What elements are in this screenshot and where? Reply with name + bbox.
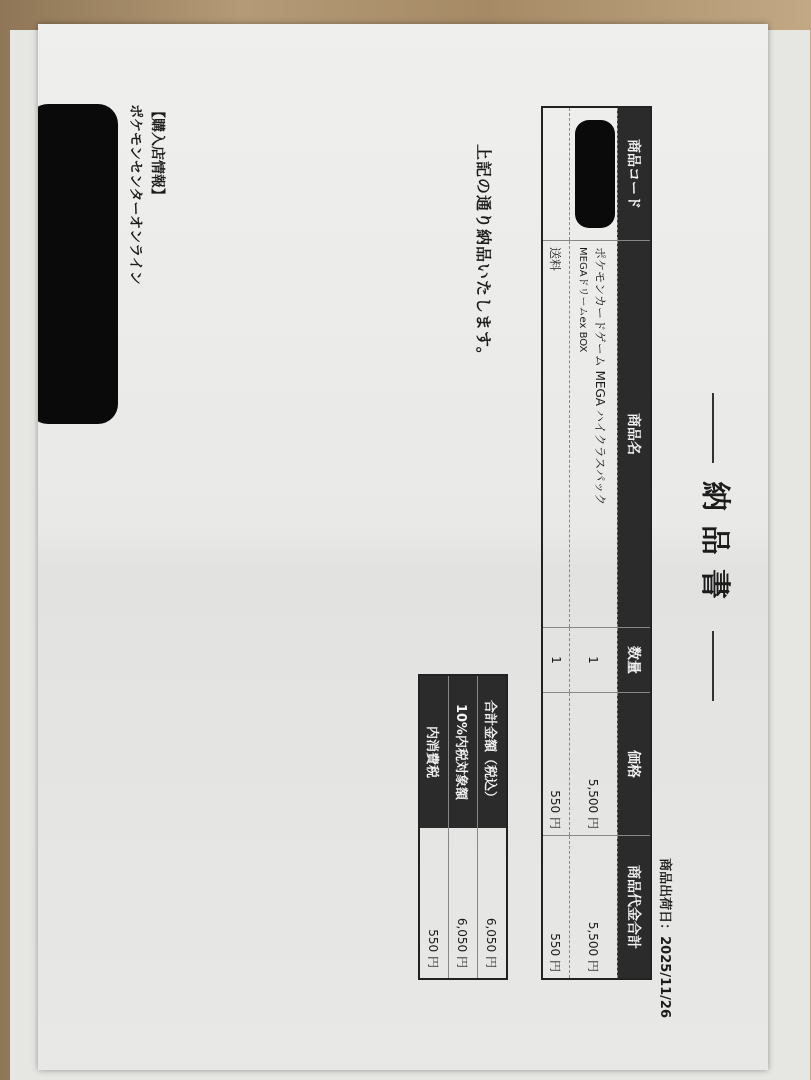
title-rule-right xyxy=(713,631,715,701)
quantity: 1 xyxy=(570,628,618,693)
title-text: 納品書 xyxy=(697,481,732,613)
totals-table: 合計金額（税込） 6,050 円 10%内税対象額 6,050 円 内消費税 5… xyxy=(418,674,508,980)
quantity: 1 xyxy=(542,628,570,693)
product-code xyxy=(542,107,570,241)
taxable-label: 10%内税対象額 xyxy=(449,675,478,828)
ship-date: 商品出荷日：2025/11/26 xyxy=(657,858,676,1018)
price: 550 円 xyxy=(542,693,570,836)
header-product-code: 商品コード xyxy=(618,107,652,241)
header-subtotal: 商品代金合計 xyxy=(618,836,652,980)
header-product-name: 商品名 xyxy=(618,241,652,628)
product-code-redacted xyxy=(570,107,618,241)
shop-name: ポケモンセンターオンライン xyxy=(124,104,146,424)
delivery-statement: 上記の通り納品いたします。 xyxy=(473,144,496,364)
table-row: 送料 1 550 円 550 円 xyxy=(542,107,570,979)
product-name: 送料 xyxy=(542,241,570,628)
product-name-line2: MEGAドリームex BOX xyxy=(578,247,593,621)
redaction-mark xyxy=(575,120,615,228)
document-title: 納品書 xyxy=(696,24,740,1070)
subtotal: 550 円 xyxy=(542,836,570,980)
items-header-row: 商品コード 商品名 数量 価格 商品代金合計 xyxy=(618,107,652,979)
shop-info-label: 【購入店情報】 xyxy=(146,104,168,424)
totals-row: 内消費税 550 円 xyxy=(419,675,449,979)
ship-date-label: 商品出荷日： xyxy=(657,858,672,936)
taxable-value: 6,050 円 xyxy=(449,828,478,979)
product-name: ポケモンカードゲーム MEGA ハイクラスパック MEGAドリームex BOX xyxy=(570,241,618,628)
product-name-line1: ポケモンカードゲーム MEGA ハイクラスパック xyxy=(594,247,608,505)
header-price: 価格 xyxy=(618,693,652,836)
delivery-note: 納品書 商品出荷日：2025/11/26 商品コード 商品名 数量 価格 商品代… xyxy=(38,24,768,1070)
total-label: 合計金額（税込） xyxy=(478,675,508,828)
totals-row: 10%内税対象額 6,050 円 xyxy=(449,675,478,979)
subtotal: 5,500 円 xyxy=(570,836,618,980)
ship-date-value: 2025/11/26 xyxy=(657,936,672,1018)
redaction-mark xyxy=(38,104,118,424)
totals-row: 合計金額（税込） 6,050 円 xyxy=(478,675,508,979)
total-value: 6,050 円 xyxy=(478,828,508,979)
items-table: 商品コード 商品名 数量 価格 商品代金合計 ポケモンカードゲーム MEGA ハ… xyxy=(541,106,652,980)
price: 5,500 円 xyxy=(570,693,618,836)
title-rule-left xyxy=(713,393,715,463)
header-quantity: 数量 xyxy=(618,628,652,693)
delivery-note-paper: 納品書 商品出荷日：2025/11/26 商品コード 商品名 数量 価格 商品代… xyxy=(38,24,768,1070)
shop-info: 【購入店情報】 ポケモンセンターオンライン xyxy=(38,104,168,424)
tax-label: 内消費税 xyxy=(419,675,449,828)
tax-value: 550 円 xyxy=(419,828,449,979)
table-row: ポケモンカードゲーム MEGA ハイクラスパック MEGAドリームex BOX … xyxy=(570,107,618,979)
